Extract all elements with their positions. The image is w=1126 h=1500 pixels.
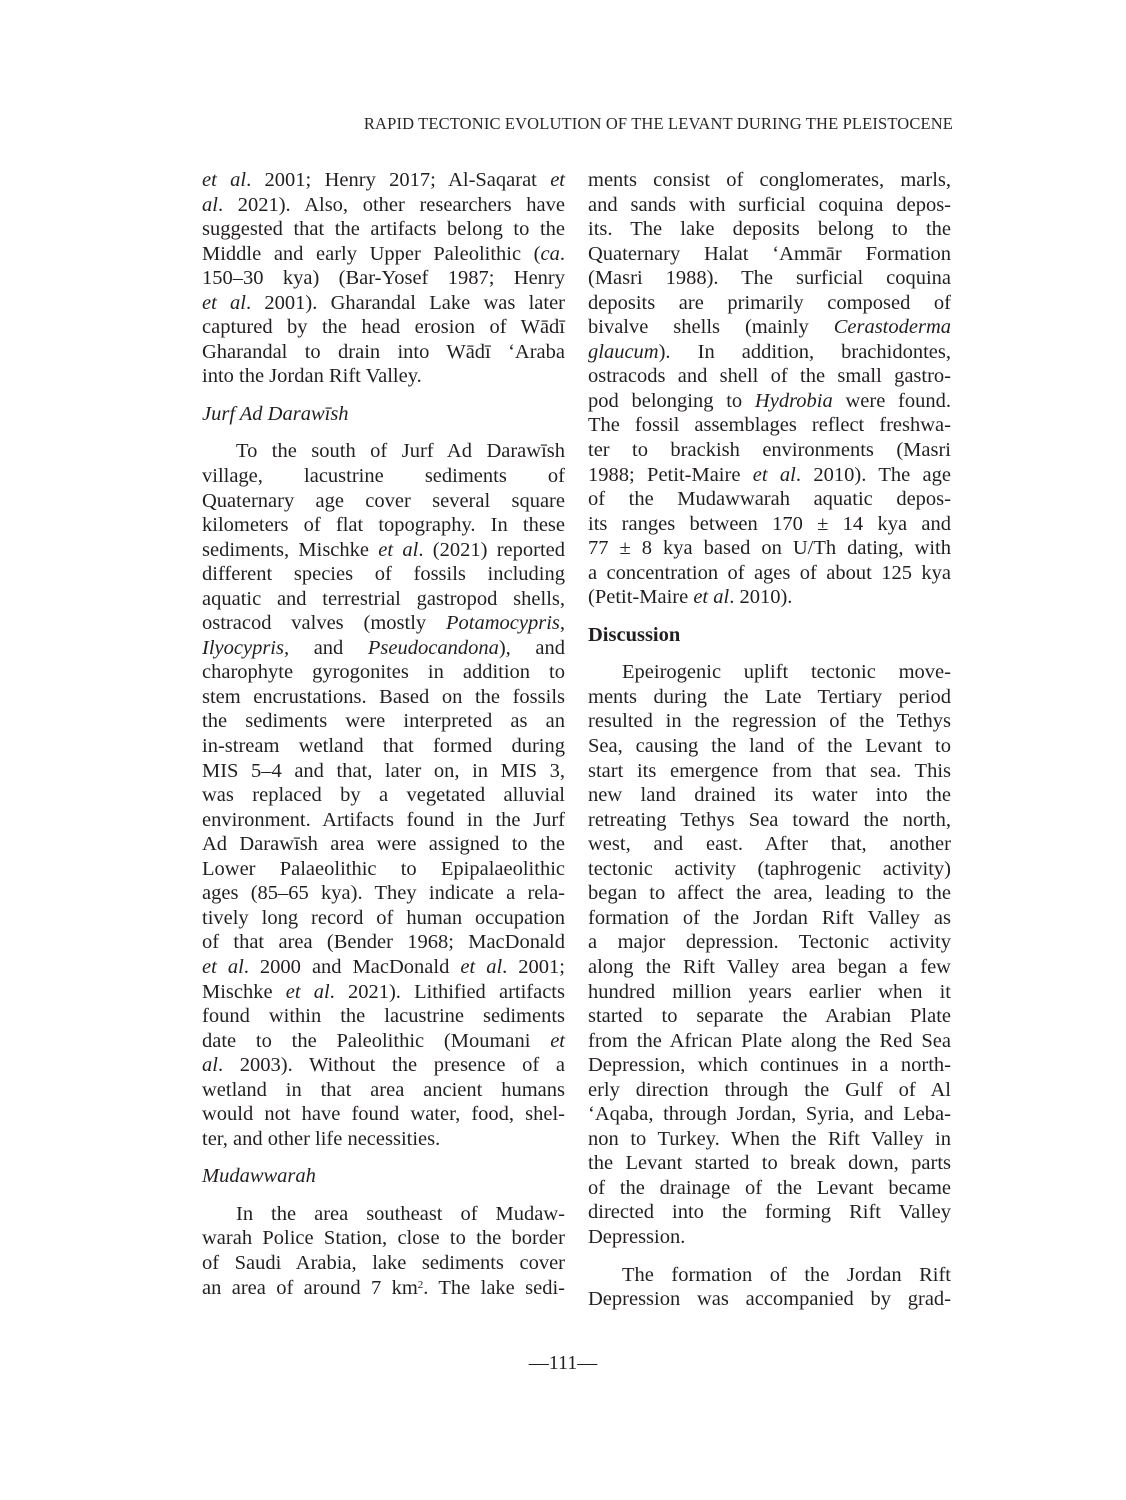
text-line: directed into the forming Rift Valley [588,1200,951,1225]
text-line: wetland in that area ancient humans [202,1078,565,1103]
text-line: sediments, Mischke et al. (2021) reporte… [202,538,565,563]
text-line: a concentration of ages of about 125 kya [588,561,951,586]
text-line: al. 2021). Also, other researchers have [202,193,565,218]
text-line: Ad Darawīsh area were assigned to the [202,832,565,857]
text-line: Middle and early Upper Paleolithic (ca. [202,242,565,267]
text-line: ments consist of conglomerates, marls, [588,168,951,193]
text-line: al. 2003). Without the presence of a [202,1053,565,1078]
text-line: tively long record of human occupation [202,906,565,931]
text-line: Quaternary age cover several square [202,489,565,514]
text-line: Depression was accompanied by grad- [588,1287,951,1312]
text-line: ter to brackish environments (Masri [588,438,951,463]
text-line: of Saudi Arabia, lake sediments cover [202,1251,565,1276]
text-line: was replaced by a vegetated alluvial [202,783,565,808]
text-line: bivalve shells (mainly Cerastoderma [588,315,951,340]
text-line: its. The lake deposits belong to the [588,217,951,242]
text-line: Mischke et al. 2021). Lithified artifact… [202,980,565,1005]
text-line: started to separate the Arabian Plate [588,1004,951,1029]
text-line: its ranges between 170 ± 14 kya and [588,512,951,537]
text-line: a major depression. Tectonic activity [588,930,951,955]
running-head: RAPID TECTONIC EVOLUTION OF THE LEVANT D… [0,114,953,134]
text-line: stem encrustations. Based on the fossils [202,685,565,710]
text-line: found within the lacustrine sediments [202,1004,565,1029]
text-line: 1988; Petit-Maire et al. 2010). The age [588,463,951,488]
text-line: glaucum). In addition, brachidontes, [588,340,951,365]
text-line: charophyte gyrogonites in addition to [202,660,565,685]
text-line: Epeirogenic uplift tectonic move- [588,660,951,685]
right-column: ments consist of conglomerates, marls,an… [588,168,951,1312]
subheading-jurf-ad-darawish: Jurf Ad Darawīsh [202,402,565,427]
text-line: would not have found water, food, shel- [202,1102,565,1127]
text-line: along the Rift Valley area began a few [588,955,951,980]
text-line: et al. 2000 and MacDonald et al. 2001; [202,955,565,980]
text-line: Ilyocypris, and Pseudocandona), and [202,636,565,661]
text-line: Depression, which continues in a north- [588,1053,951,1078]
text-line: ʻAqaba, through Jordan, Syria, and Leba- [588,1102,951,1127]
text-line: the sediments were interpreted as an [202,709,565,734]
subheading-mudawwarah: Mudawwarah [202,1164,565,1189]
text-line: and sands with surficial coquina depos- [588,193,951,218]
text-line: began to affect the area, leading to the [588,881,951,906]
text-line: et al. 2001; Henry 2017; Al-Saqarat et [202,168,565,193]
paragraph-gap [588,1250,951,1263]
text-line: ostracod valves (mostly Potamocypris, [202,611,565,636]
text-line: village, lacustrine sediments of [202,464,565,489]
text-line: formation of the Jordan Rift Valley as [588,906,951,931]
text-line: Sea, causing the land of the Levant to [588,734,951,759]
paragraph-discussion-2: The formation of the Jordan RiftDepressi… [588,1263,951,1312]
text-line: new land drained its water into the [588,783,951,808]
text-line: (Petit-Maire et al. 2010). [588,585,951,610]
text-line: To the south of Jurf Ad Darawīsh [202,439,565,464]
text-line: retreating Tethys Sea toward the north, [588,808,951,833]
text-line: deposits are primarily composed of [588,291,951,316]
text-line: of the drainage of the Levant became [588,1176,951,1201]
text-line: 150–30 kya) (Bar-Yosef 1987; Henry [202,266,565,291]
text-line: different species of fossils including [202,562,565,587]
paragraph-mudawwarah-continued: ments consist of conglomerates, marls,an… [588,168,951,610]
text-line: from the African Plate along the Red Sea [588,1029,951,1054]
section-heading-discussion: Discussion [588,623,951,648]
text-line: start its emergence from that sea. This [588,759,951,784]
paragraph-discussion-1: Epeirogenic uplift tectonic move-ments d… [588,660,951,1249]
text-line: (Masri 1988). The surficial coquina [588,266,951,291]
text-line: The fossil assemblages reflect freshwa- [588,413,951,438]
text-line: 77 ± 8 kya based on U/Th dating, with [588,536,951,561]
text-line: erly direction through the Gulf of Al [588,1078,951,1103]
text-line: warah Police Station, close to the borde… [202,1226,565,1251]
text-line: ages (85–65 kya). They indicate a rela- [202,881,565,906]
paragraph-jurf-ad-darawish: To the south of Jurf Ad Darawīshvillage,… [202,439,565,1151]
text-line: ments during the Late Tertiary period [588,685,951,710]
text-line: hundred million years earlier when it [588,980,951,1005]
text-line: et al. 2001). Gharandal Lake was later [202,291,565,316]
text-line: suggested that the artifacts belong to t… [202,217,565,242]
text-line: an area of around 7 km2. The lake sedi- [202,1276,565,1301]
text-line: into the Jordan Rift Valley. [202,364,565,389]
text-line: kilometers of flat topography. In these [202,513,565,538]
text-line: resulted in the regression of the Tethys [588,709,951,734]
text-line: Depression. [588,1225,951,1250]
paragraph-mudawwarah: In the area southeast of Mudaw-warah Pol… [202,1202,565,1300]
text-line: in-stream wetland that formed during [202,734,565,759]
text-line: tectonic activity (taphrogenic activity) [588,857,951,882]
text-line: environment. Artifacts found in the Jurf [202,808,565,833]
text-line: date to the Paleolithic (Moumani et [202,1029,565,1054]
text-line: of that area (Bender 1968; MacDonald [202,930,565,955]
text-line: MIS 5–4 and that, later on, in MIS 3, [202,759,565,784]
text-line: ostracods and shell of the small gastro- [588,364,951,389]
text-line: of the Mudawwarah aquatic depos- [588,487,951,512]
text-line: In the area southeast of Mudaw- [202,1202,565,1227]
text-line: ter, and other life necessities. [202,1127,565,1152]
left-column: et al. 2001; Henry 2017; Al-Saqarat etal… [202,168,565,1300]
text-line: aquatic and terrestrial gastropod shells… [202,587,565,612]
text-line: non to Turkey. When the Rift Valley in [588,1127,951,1152]
text-line: Quaternary Halat ʻAmmār Formation [588,242,951,267]
text-line: west, and east. After that, another [588,832,951,857]
text-line: Gharandal to drain into Wādī ʻAraba [202,340,565,365]
paragraph-gharandal-continued: et al. 2001; Henry 2017; Al-Saqarat etal… [202,168,565,389]
text-line: Lower Palaeolithic to Epipalaeolithic [202,857,565,882]
text-line: the Levant started to break down, parts [588,1151,951,1176]
text-line: captured by the head erosion of Wādī [202,315,565,340]
text-line: pod belonging to Hydrobia were found. [588,389,951,414]
text-line: The formation of the Jordan Rift [588,1263,951,1288]
page-number: —111— [0,1352,1126,1375]
